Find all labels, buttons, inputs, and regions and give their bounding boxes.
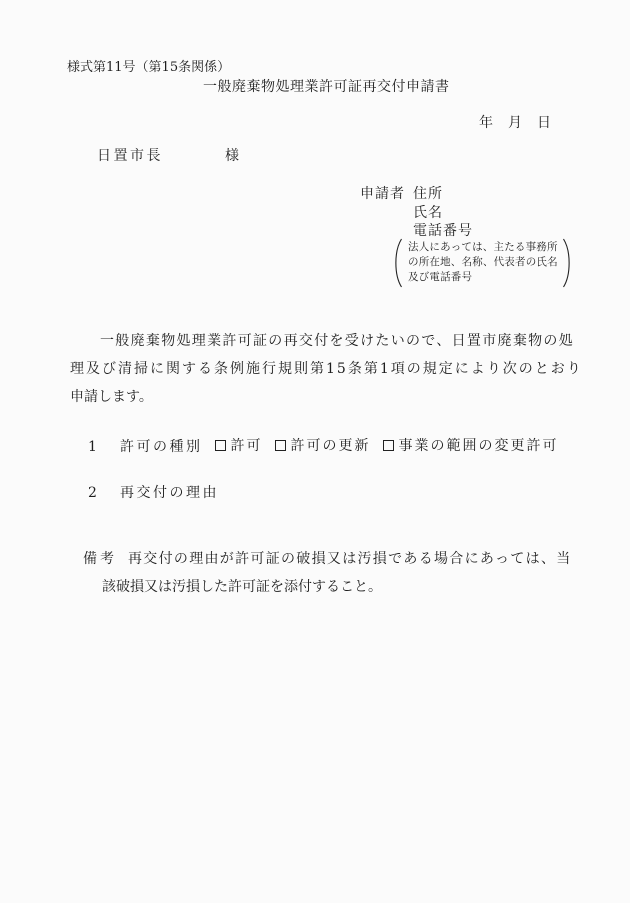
addressee: 日置市長 bbox=[97, 149, 163, 164]
document-page: 様式第11号（第15条関係） 一般廃棄物処理業許可証再交付申請書 年 月 日 日… bbox=[0, 0, 630, 903]
corporate-note-line-2: の所在地、名称、代表者の氏名 bbox=[408, 255, 558, 270]
item-number: 2 bbox=[88, 485, 120, 501]
option-permit: 許可 bbox=[215, 435, 263, 455]
body-line-2: 理及び清掃に関する条例施行規則第15条第1項の規定により次のとおり bbox=[70, 362, 583, 377]
option-label: 許可の更新 bbox=[291, 435, 371, 455]
checkbox-icon bbox=[275, 440, 286, 451]
honorific: 様 bbox=[225, 149, 239, 164]
corporate-note-line-3: 及び電話番号 bbox=[408, 270, 558, 285]
item-label: 再交付の理由 bbox=[120, 482, 219, 502]
checkbox-icon bbox=[383, 440, 394, 451]
body-line-1: 一般廃棄物処理業許可証の再交付を受けたいので、日置市廃棄物の処 bbox=[100, 334, 574, 349]
remarks-line-2: 該破損又は汚損した許可証を添付すること。 bbox=[102, 580, 382, 595]
item-number: 1 bbox=[88, 439, 120, 455]
date-line: 年 月 日 bbox=[479, 116, 552, 131]
right-bracket bbox=[562, 238, 574, 292]
option-permit-renewal: 許可の更新 bbox=[275, 435, 371, 455]
form-number: 様式第11号（第15条関係） bbox=[67, 61, 230, 75]
remarks-label: 備考 bbox=[83, 552, 117, 567]
document-title: 一般廃棄物処理業許可証再交付申請書 bbox=[203, 80, 450, 95]
option-label: 許可 bbox=[231, 435, 263, 455]
left-bracket bbox=[391, 238, 403, 292]
item-permit-type: 1 許可の種別 許可 許可の更新 事業の範囲の変更許可 bbox=[88, 435, 559, 456]
applicant-label: 申請者 bbox=[360, 187, 405, 202]
corporate-note: 法人にあっては、主たる事務所 の所在地、名称、代表者の氏名 及び電話番号 bbox=[408, 240, 558, 285]
remarks-line-1: 再交付の理由が許可証の破損又は汚損である場合にあっては、当 bbox=[128, 552, 572, 567]
corporate-note-line-1: 法人にあっては、主たる事務所 bbox=[408, 240, 558, 255]
address-field-label: 住所 bbox=[413, 187, 443, 202]
item-label: 許可の種別 bbox=[120, 436, 203, 456]
item-reissue-reason: 2 再交付の理由 bbox=[88, 482, 219, 502]
body-line-3: 申請します。 bbox=[70, 390, 153, 405]
checkbox-icon bbox=[215, 440, 226, 451]
phone-field-label: 電話番号 bbox=[413, 224, 473, 239]
name-field-label: 氏名 bbox=[413, 206, 443, 221]
option-business-scope-change: 事業の範囲の変更許可 bbox=[383, 435, 559, 455]
option-label: 事業の範囲の変更許可 bbox=[399, 435, 559, 455]
